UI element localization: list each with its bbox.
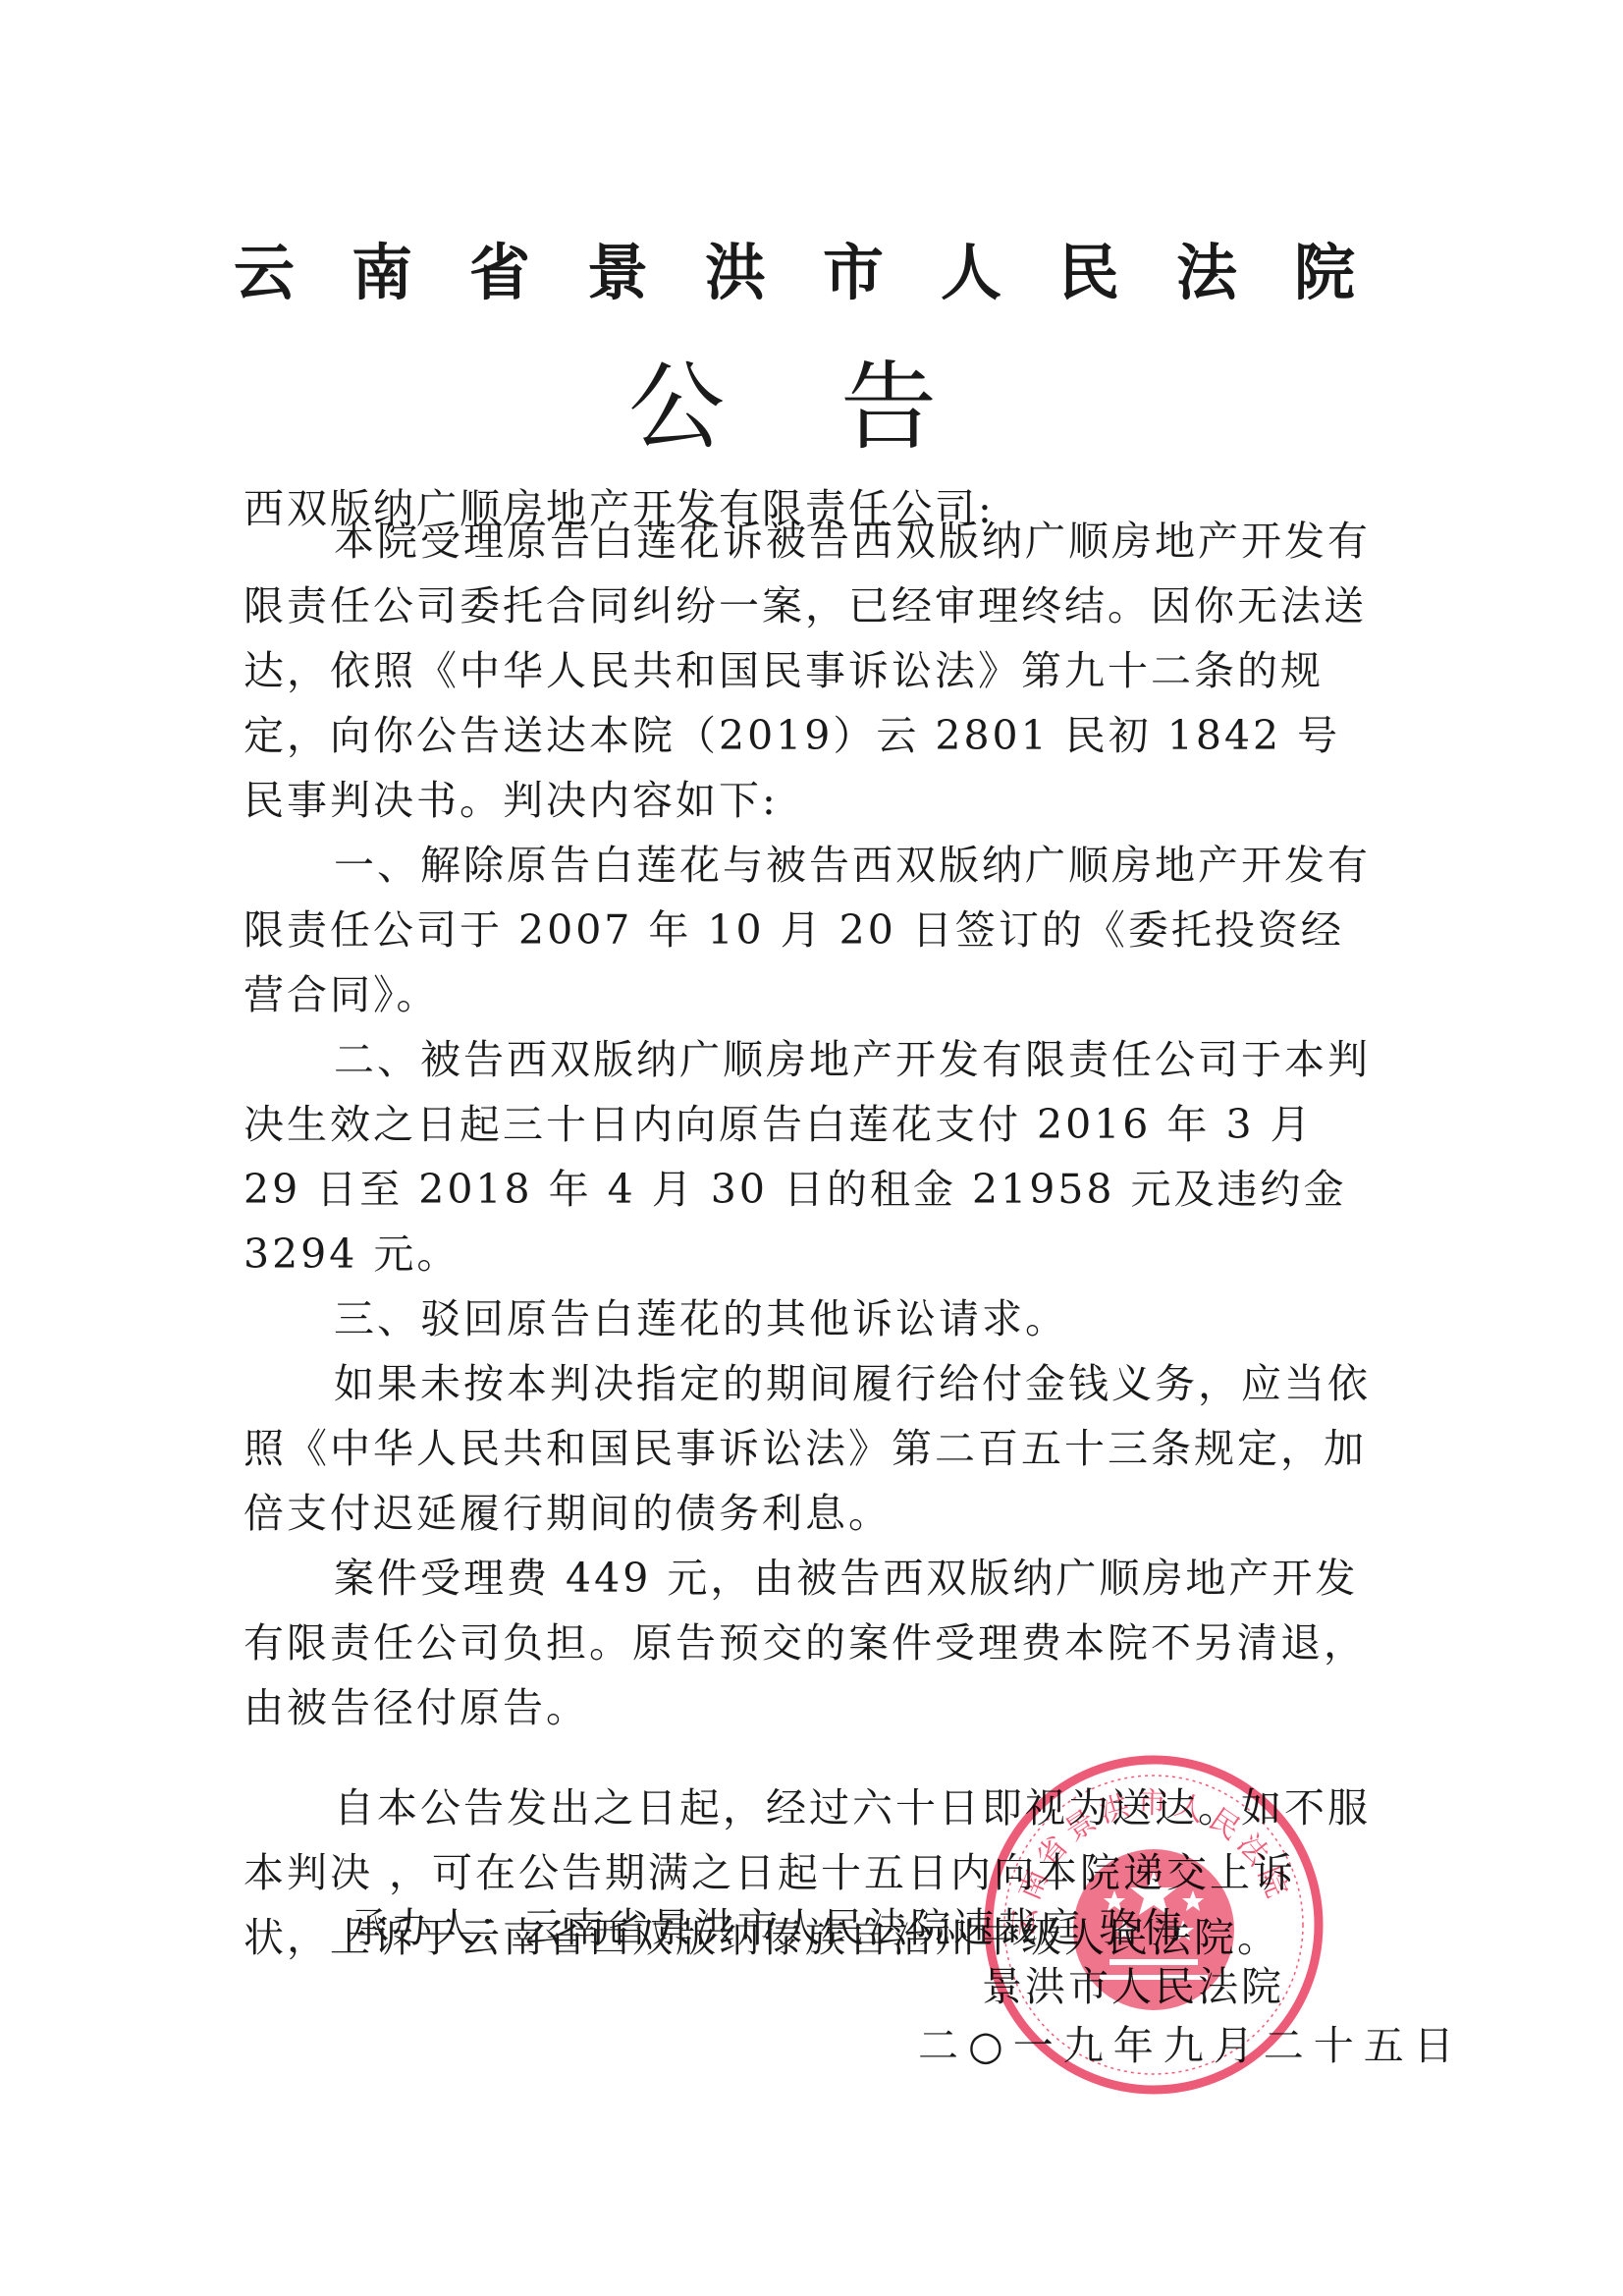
issuing-court: 景洪市人民法院 [982,1954,1284,2019]
paragraph-case-intro: 本院受理原告白莲花诉被告西双版纳广顺房地产开发有限责任公司委托合同纠纷一案，已经… [243,509,1382,833]
paragraph-judgment-item-1: 一、解除原告白莲花与被告西双版纳广顺房地产开发有限责任公司于 2007 年 10… [243,833,1382,1027]
notice-title: 公告 [628,349,1021,466]
paragraph-late-payment: 如果未按本判决指定的期间履行给付金钱义务，应当依照《中华人民共和国民事诉讼法》第… [243,1351,1382,1546]
court-name-heading: 云南省景洪市人民法院 [234,234,1353,312]
case-handler: 承办人：云南省景洪市人民法院速裁庭 骆伟 [349,1895,1185,1960]
issue-date: 二○一九年九月二十五日 [918,2013,1464,2078]
notice-body: 本院受理原告白莲花诉被告西双版纳广顺房地产开发有限责任公司委托合同纠纷一案，已经… [243,509,1382,1970]
paragraph-court-fee: 案件受理费 449 元，由被告西双版纳广顺房地产开发有限责任公司负担。原告预交的… [243,1546,1382,1740]
paragraph-judgment-item-2: 二、被告西双版纳广顺房地产开发有限责任公司于本判决生效之日起三十日内向原告白莲花… [243,1027,1382,1286]
paragraph-judgment-item-3: 三、驳回原告白莲花的其他诉讼请求。 [243,1286,1382,1351]
court-notice-page: 云南省景洪市人民法院 公告 西双版纳广顺房地产开发有限责任公司: 本院受理原告白… [0,0,1623,2296]
